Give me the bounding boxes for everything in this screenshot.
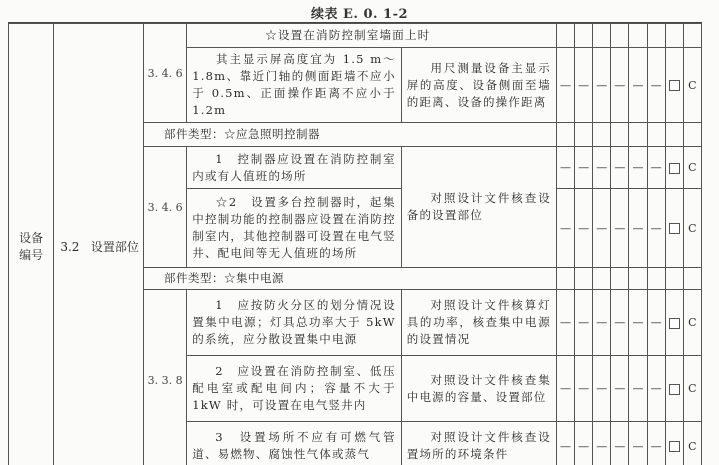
method-text: 对照设计文件核查设置场所的环境条件 (401, 422, 556, 465)
part-type-heading: 部件类型：☆集中电源 (143, 268, 556, 290)
grade-cell: C (683, 356, 701, 422)
checkbox-cell[interactable] (665, 48, 683, 123)
mark-cell: — (575, 189, 593, 268)
mark-cell: — (611, 422, 629, 465)
mark-cell: — (611, 48, 629, 123)
requirement-text: 其主显示屏高度宜为 1.5 m～1.8m、靠近门轴的侧面距墙不应小于 0.5m、… (187, 48, 402, 123)
mark-cell: — (629, 290, 647, 356)
mark-cell: — (593, 189, 611, 268)
checkbox[interactable] (669, 223, 680, 234)
method-text: 对照设计文件核查设备的设置部位 (401, 147, 556, 268)
clause-cell: 3. 4. 6 (143, 24, 186, 123)
mark-cell: — (629, 147, 647, 189)
inspection-table: 设备 编号 3.2 设置部位 3. 4. 6 ☆设置在消防控制室墙面上时 其主显… (8, 23, 702, 465)
checkbox-cell[interactable] (665, 189, 683, 268)
mark-cell: — (575, 356, 593, 422)
requirement-text: 3 设置场所不应有可燃气管道、易燃物、腐蚀性气体或蒸气 (187, 422, 402, 465)
grade-cell: C (683, 147, 701, 189)
grade-cell: C (683, 48, 701, 123)
device-number-label-2: 编号 (19, 248, 43, 262)
checkbox-cell[interactable] (665, 290, 683, 356)
mark-cell: — (611, 290, 629, 356)
checkbox[interactable] (669, 384, 680, 395)
device-number-cell: 设备 编号 (9, 24, 54, 465)
part-type-heading: 部件类型：☆应急照明控制器 (143, 123, 556, 147)
mark-cell: — (611, 147, 629, 189)
requirement-text: ☆2 设置多台控制器时，起集中控制功能的控制器应设置在消防控制室内，其他控制器可… (187, 189, 402, 268)
checkbox[interactable] (669, 318, 680, 329)
section-label: 设置部位 (91, 240, 139, 254)
mark-cell: — (593, 290, 611, 356)
mark-cell: — (575, 147, 593, 189)
mark-cell: — (575, 48, 593, 123)
checkbox-cell[interactable] (665, 356, 683, 422)
mark-cell: — (556, 147, 574, 189)
mark-cell: — (629, 189, 647, 268)
checkbox[interactable] (669, 80, 680, 91)
mark-cell: — (556, 422, 574, 465)
subheading: ☆设置在消防控制室墙面上时 (187, 24, 557, 48)
mark-cell: — (629, 356, 647, 422)
grade-cell: C (683, 189, 701, 268)
clause-cell: 3. 4. 6 (143, 147, 186, 268)
mark-cell: — (556, 356, 574, 422)
checkbox-cell[interactable] (665, 147, 683, 189)
mark-cell: — (647, 422, 665, 465)
mark-cell: — (647, 48, 665, 123)
checkbox[interactable] (669, 441, 680, 452)
mark-cell: — (556, 189, 574, 268)
table-title: 续表 E. 0. 1-2 (0, 3, 719, 22)
method-text: 对照设计文件核查集中电源的容量、设置部位 (401, 356, 556, 422)
mark-cell: — (593, 147, 611, 189)
mark-cell: — (647, 290, 665, 356)
mark-cell: — (647, 147, 665, 189)
device-number-label-1: 设备 (19, 231, 43, 245)
mark-cell: — (611, 356, 629, 422)
grade-cell: C (683, 422, 701, 465)
grade-cell: C (683, 290, 701, 356)
mark-cell: — (556, 48, 574, 123)
section-number: 3.2 (60, 240, 79, 254)
checkbox[interactable] (669, 163, 680, 174)
requirement-text: 1 应按防火分区的划分情况设置集中电源；灯具总功率大于 5kW 的系统，应分散设… (187, 290, 402, 356)
requirement-text: 2 应设置在消防控制室、低压配电室或配电间内；容量不大于 1kW 时，可设置在电… (187, 356, 402, 422)
method-text: 用尺测量设备主显示屏的高度、设备侧面至墙的距离、设备的操作距离 (401, 48, 556, 123)
mark-cell: — (647, 356, 665, 422)
mark-cell: — (556, 290, 574, 356)
mark-cell: — (629, 422, 647, 465)
table-row: 设备 编号 3.2 设置部位 3. 4. 6 ☆设置在消防控制室墙面上时 (9, 24, 702, 48)
mark-cell: — (611, 189, 629, 268)
mark-cell: — (593, 356, 611, 422)
mark-cell: — (647, 189, 665, 268)
section-cell: 3.2 设置部位 (54, 24, 144, 465)
checkbox-cell[interactable] (665, 422, 683, 465)
method-text: 对照设计文件核算灯具的功率，核查集中电源的设置情况 (401, 290, 556, 356)
mark-cell: — (575, 290, 593, 356)
mark-cell: — (593, 422, 611, 465)
clause-cell: 3. 3. 8 (143, 290, 186, 465)
mark-cell: — (593, 48, 611, 123)
mark-cell: — (629, 48, 647, 123)
mark-cell: — (575, 422, 593, 465)
requirement-text: 1 控制器应设置在消防控制室内或有人值班的场所 (187, 147, 402, 189)
